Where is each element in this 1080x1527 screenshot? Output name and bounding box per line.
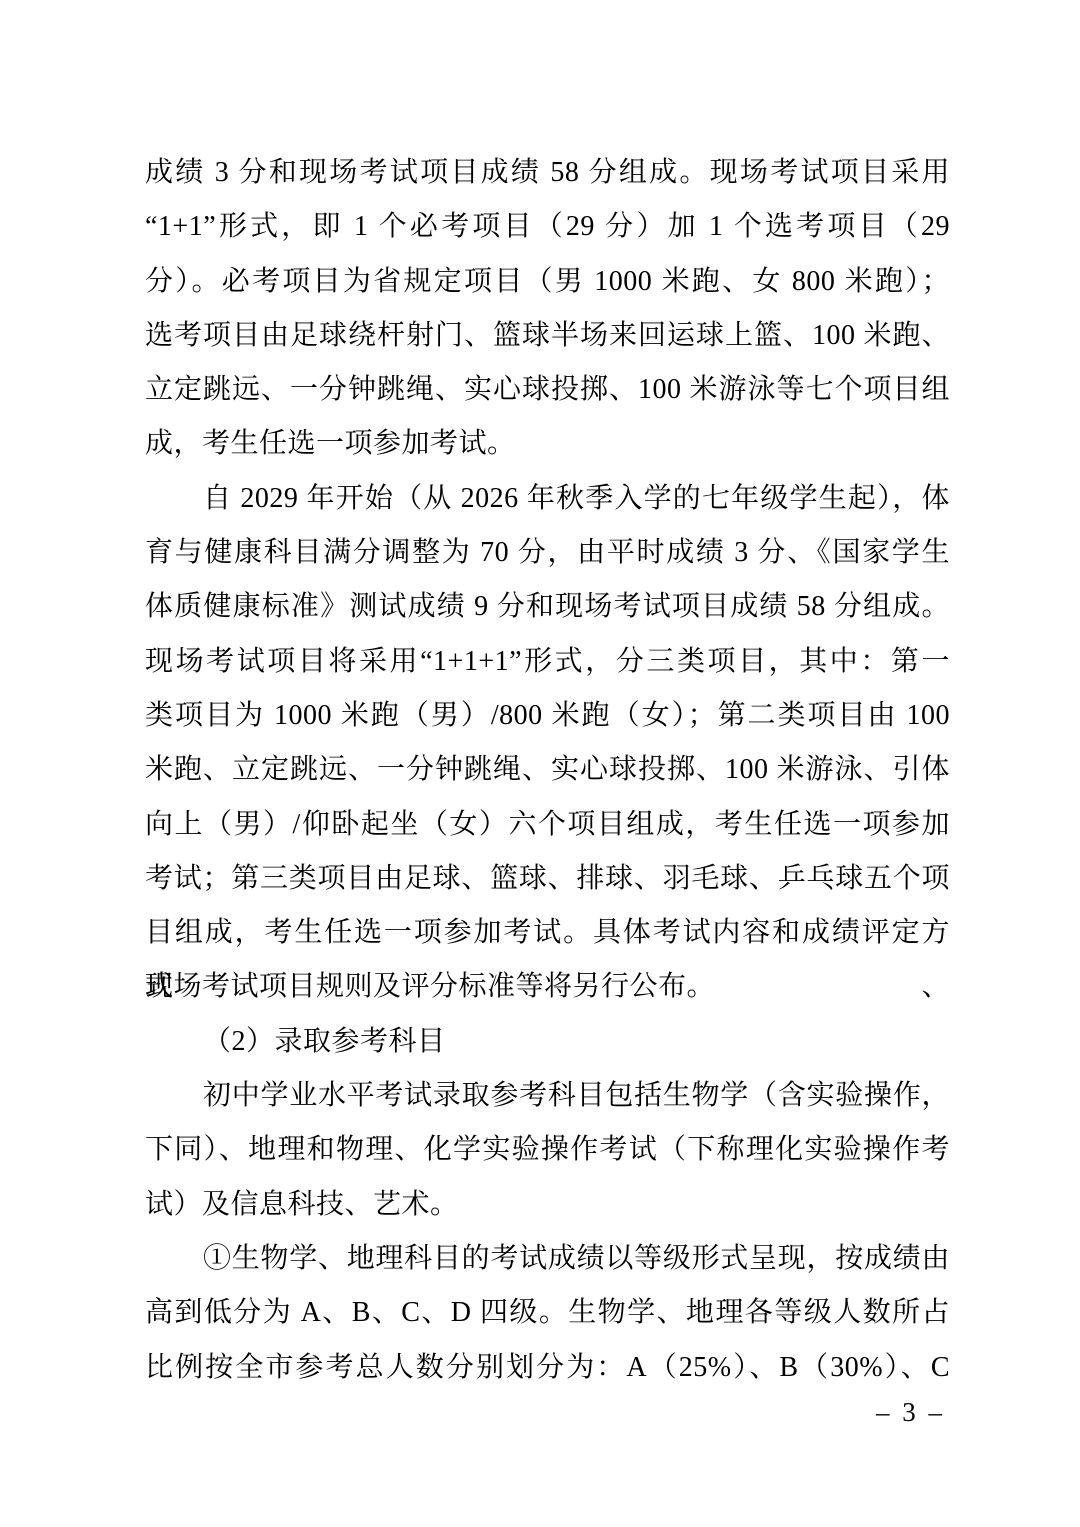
text-line: 初中学业水平考试录取参考科目包括生物学（含实验操作，	[145, 1069, 950, 1123]
text-line: 目组成，考生任选一项参加考试。具体考试内容和成绩评定方式、	[145, 906, 950, 960]
text-line: 选考项目由足球绕杆射门、篮球半场来回运球上篮、100 米跑、	[145, 309, 950, 363]
text-line: 成，考生任选一项参加考试。	[145, 417, 950, 471]
text-line: （2）录取参考科目	[145, 1015, 950, 1069]
text-line: “1+1”形式，即 1 个必考项目（29 分）加 1 个选考项目（29	[145, 200, 950, 254]
text-line: 下同）、地理和物理、化学实验操作考试（下称理化实验操作考	[145, 1123, 950, 1177]
text-line: 现场考试项目将采用“1+1+1”形式，分三类项目，其中：第一	[145, 635, 950, 689]
text-line: 比例按全市参考总人数分别划分为：A（25%）、B（30%）、C	[145, 1341, 950, 1395]
text-line: 分）。必考项目为省规定项目（男 1000 米跑、女 800 米跑）；	[145, 255, 950, 309]
text-line: 米跑、立定跳远、一分钟跳绳、实心球投掷、100 米游泳、引体	[145, 743, 950, 797]
document-page: 成绩 3 分和现场考试项目成绩 58 分组成。现场考试项目采用“1+1”形式，即…	[0, 0, 1080, 1527]
text-line: 成绩 3 分和现场考试项目成绩 58 分组成。现场考试项目采用	[145, 146, 950, 200]
text-line: 类项目为 1000 米跑（男）/800 米跑（女）；第二类项目由 100	[145, 689, 950, 743]
page-number: – 3 –	[876, 1396, 945, 1428]
text-line: 自 2029 年开始（从 2026 年秋季入学的七年级学生起），体	[145, 472, 950, 526]
text-line: 考试；第三类项目由足球、篮球、排球、羽毛球、乒乓球五个项	[145, 852, 950, 906]
text-line: ①生物学、地理科目的考试成绩以等级形式呈现，按成绩由	[145, 1232, 950, 1286]
text-line: 育与健康科目满分调整为 70 分，由平时成绩 3 分、《国家学生	[145, 526, 950, 580]
text-line: 向上（男）/仰卧起坐（女）六个项目组成，考生任选一项参加	[145, 798, 950, 852]
text-line: 试）及信息科技、艺术。	[145, 1178, 950, 1232]
text-line: 体质健康标准》测试成绩 9 分和现场考试项目成绩 58 分组成。	[145, 580, 950, 634]
text-line: 高到低分为 A、B、C、D 四级。生物学、地理各等级人数所占	[145, 1286, 950, 1340]
document-body: 成绩 3 分和现场考试项目成绩 58 分组成。现场考试项目采用“1+1”形式，即…	[145, 146, 950, 1395]
text-line: 立定跳远、一分钟跳绳、实心球投掷、100 米游泳等七个项目组	[145, 363, 950, 417]
